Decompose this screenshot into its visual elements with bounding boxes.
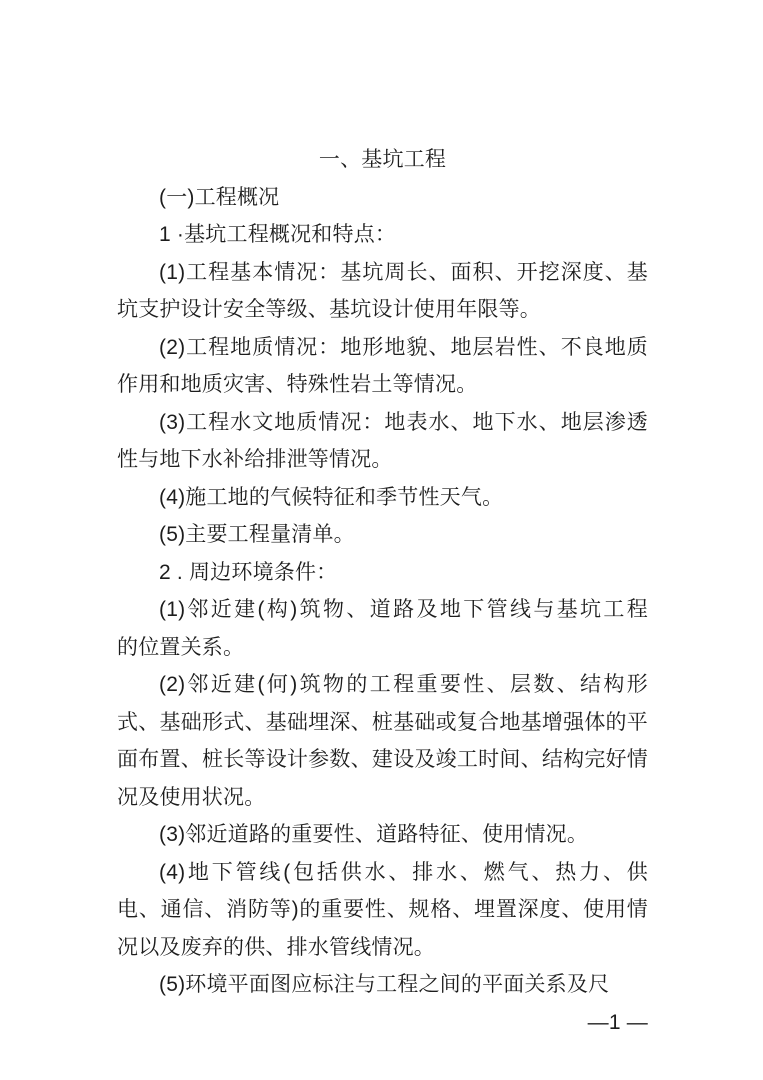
text-line: 况以及废弃的供、排水管线情况。 bbox=[117, 929, 648, 967]
text-line: 式、基础形式、基础埋深、桩基础或复合地基增强体的平 bbox=[117, 704, 648, 742]
text-line: 性与地下水补给排泄等情况。 bbox=[117, 441, 648, 479]
text-line: 作用和地质灾害、特殊性岩土等情况。 bbox=[117, 366, 648, 404]
text-line: 面布置、桩长等设计参数、建设及竣工时间、结构完好情 bbox=[117, 741, 648, 779]
section-heading: (一)工程概况 bbox=[117, 179, 648, 217]
document-body: 一、基坑工程 (一)工程概况 1 ·基坑工程概况和特点： (1)工程基本情况：基… bbox=[117, 141, 648, 1041]
text-line: (4)施工地的气候特征和季节性天气。 bbox=[117, 479, 648, 517]
document-title: 一、基坑工程 bbox=[117, 141, 648, 179]
text-line: 况及使用状况。 bbox=[117, 779, 648, 817]
text-line: 电、通信、消防等)的重要性、规格、埋置深度、使用情 bbox=[117, 891, 648, 929]
list-item-heading: 1 ·基坑工程概况和特点： bbox=[117, 216, 648, 254]
text-line: (2)邻近建(何)筑物的工程重要性、层数、结构形 bbox=[117, 666, 648, 704]
page-number: —1 — bbox=[117, 1004, 648, 1042]
text-line: (5)环境平面图应标注与工程之间的平面关系及尺 bbox=[117, 966, 648, 1004]
text-line: (2)工程地质情况：地形地貌、地层岩性、不良地质 bbox=[117, 329, 648, 367]
text-line: (5)主要工程量清单。 bbox=[117, 516, 648, 554]
text-line: 的位置关系。 bbox=[117, 629, 648, 667]
text-line: (3)邻近道路的重要性、道路特征、使用情况。 bbox=[117, 816, 648, 854]
text-line: (1)工程基本情况：基坑周长、面积、开挖深度、基 bbox=[117, 254, 648, 292]
text-line: (3)工程水文地质情况：地表水、地下水、地层渗透 bbox=[117, 404, 648, 442]
text-line: (4)地下管线(包括供水、排水、燃气、热力、供 bbox=[117, 854, 648, 892]
list-item-heading: 2 . 周边环境条件： bbox=[117, 554, 648, 592]
text-line: 坑支护设计安全等级、基坑设计使用年限等。 bbox=[117, 291, 648, 329]
text-line: (1)邻近建(构)筑物、道路及地下管线与基坑工程 bbox=[117, 591, 648, 629]
